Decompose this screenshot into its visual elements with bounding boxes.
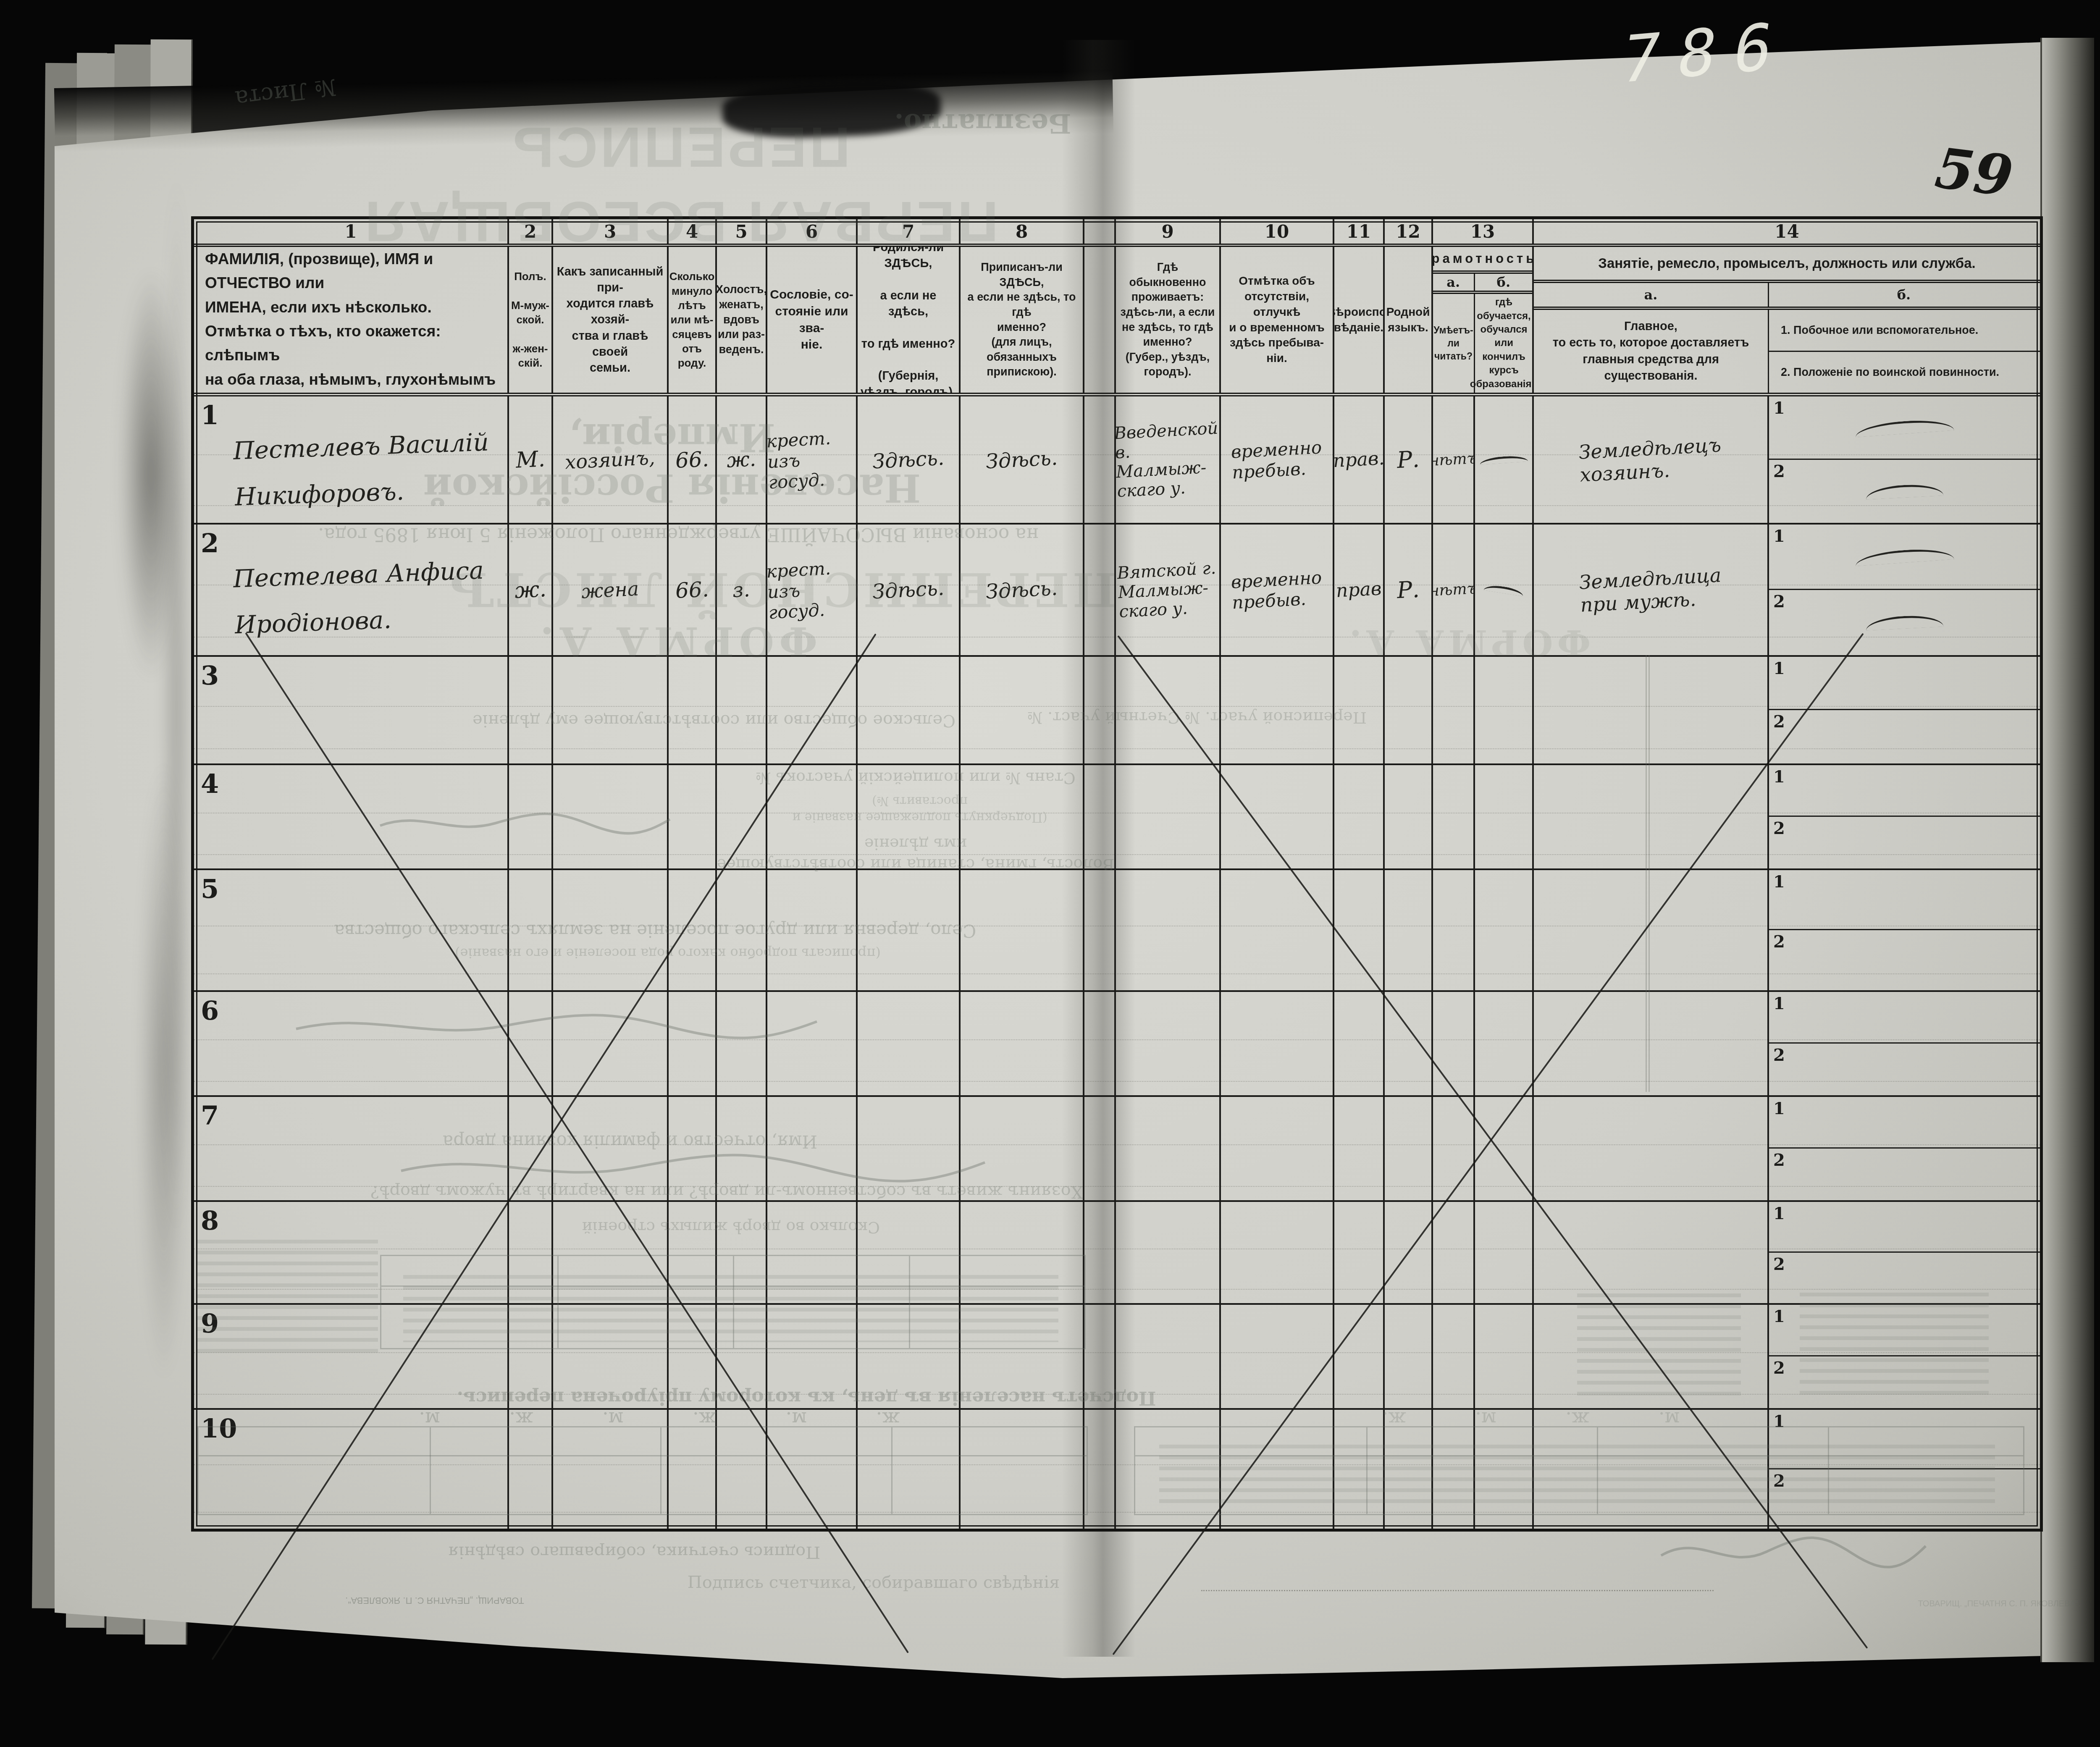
ghost-handwriting (294, 1011, 819, 1043)
subrow-1: 1 (1769, 992, 2040, 1044)
cell-c14a-row5 (1534, 870, 1769, 990)
cell-c14a-row2: Земледѣлица при мужѣ. (1534, 525, 1769, 655)
subrow-1: 1 (1769, 396, 2040, 460)
column-number: 1 (194, 219, 509, 244)
cell-c6-row6 (767, 992, 858, 1095)
cell-c9-row5 (1116, 870, 1221, 990)
cell-c13b-row5 (1475, 870, 1534, 990)
cell-c3-row10 (553, 1410, 669, 1529)
handwritten-value: нѣтъ (1433, 450, 1475, 470)
header-occupation-b: б. (1769, 283, 2039, 307)
cell-c14b-row5: 12 (1769, 870, 2040, 990)
column-number: 7 (858, 219, 961, 244)
cell-c8-row8 (961, 1202, 1084, 1303)
ghost-handwriting (399, 1151, 987, 1186)
cell-c14b-row6: 12 (1769, 992, 2040, 1095)
row-number: 10 (201, 1413, 237, 1444)
subrow-1: 1 (1769, 1410, 2040, 1469)
subrow-label: 1 (1773, 1411, 1785, 1431)
dash-stroke (1855, 547, 1954, 566)
subrow-label: 2 (1773, 1471, 1785, 1491)
cell-c6-row1: крест. изъ госуд. (767, 396, 858, 523)
dash-stroke (1865, 483, 1943, 500)
column-number: 13 (1433, 219, 1534, 244)
cell-c10-row7 (1221, 1097, 1334, 1200)
cell-c2-row10 (509, 1410, 553, 1529)
ghost-handwriting (1659, 1533, 1928, 1573)
subrow-1: 1 (1769, 1097, 2040, 1149)
cell-fold-row10 (1084, 1410, 1116, 1529)
subrow-2: 2 (1769, 1044, 2040, 1095)
subrow-label: 1 (1773, 526, 1785, 546)
cell-c4-row6 (669, 992, 717, 1095)
header-text-c7: Родился-ли ЗДѢСЬ, а если не здѣсь, то гд… (858, 247, 959, 393)
cell-c1-row5: 5 (194, 870, 509, 990)
column-number: 8 (961, 219, 1084, 244)
handwritten-value: 66. (675, 577, 709, 603)
cell-c3-row9 (553, 1305, 669, 1408)
row-number: 5 (201, 873, 219, 904)
column-number-row: 1234567891011121314 (194, 219, 2040, 247)
header-literacy-texts: Умѣетъ- ли читать?гдѣ обучается, обучалс… (1433, 294, 1532, 393)
cell-c11-row10 (1334, 1410, 1385, 1529)
cell-c9-row3 (1116, 657, 1221, 763)
name-handwriting: Пестелева Анфиса Иродіонова. (232, 547, 486, 648)
cell-c5-row5 (717, 870, 767, 990)
header-cell-c7: Родился-ли ЗДѢСЬ, а если не здѣсь, то гд… (858, 247, 961, 393)
cell-c14a-row1: Земледѣлецъ хозяинъ. (1534, 396, 1769, 523)
dash-stroke (1855, 418, 1954, 437)
cell-c14b-row1: 12 (1769, 396, 2040, 523)
header-occupation-a: а. (1534, 283, 1769, 307)
cell-c13a-row9 (1433, 1305, 1475, 1408)
cell-c11-row2: прав (1334, 525, 1385, 655)
cell-c13a-row6 (1433, 992, 1475, 1095)
handwritten-value: Р. (1396, 446, 1420, 474)
header-text-c2: Полъ. М-муж- ской. ж-жен- скій. (509, 247, 551, 393)
handwritten-value: Земледѣлецъ хозяинъ. (1578, 433, 1723, 486)
cell-c2-row3 (509, 657, 553, 763)
cell-fold-row1 (1084, 396, 1116, 523)
cell-c12-row7 (1385, 1097, 1433, 1200)
signature-dotted-line (1201, 1590, 1714, 1591)
cell-c1-row2: 2Пестелева Анфиса Иродіонова. (194, 525, 509, 655)
cell-c5-row10 (717, 1410, 767, 1529)
handwritten-value: Здѣсь. (872, 446, 945, 473)
handwritten-value: временно пребыв. (1230, 437, 1323, 483)
cell-c4-row10 (669, 1410, 717, 1529)
subrow-2: 2 (1769, 1253, 2040, 1304)
header-literacy-ab: а.б. (1433, 274, 1532, 294)
cell-c12-row2: Р. (1385, 525, 1433, 655)
header-occupation-a-text: Главное, то есть то, которое доставляетъ… (1534, 310, 1769, 393)
cell-c11-row7 (1334, 1097, 1385, 1200)
cell-c8-row4 (961, 765, 1084, 868)
cell-fold-row7 (1084, 1097, 1116, 1200)
column-number: 11 (1334, 219, 1385, 244)
cell-c10-row3 (1221, 657, 1334, 763)
row-number: 1 (201, 400, 219, 430)
subrow-label: 1 (1773, 994, 1785, 1013)
header-text-c12: Родной языкъ. (1385, 247, 1431, 393)
cell-c11-row4 (1334, 765, 1385, 868)
subrow-label: 1 (1773, 767, 1785, 787)
header-literacy-a: а. (1433, 274, 1475, 291)
cell-c1-row9: 9 (194, 1305, 509, 1408)
cell-c7-row3 (858, 657, 961, 763)
cell-c2-row6 (509, 992, 553, 1095)
header-cell-c3: Какъ записанный при- ходится главѣ хозяй… (553, 247, 669, 393)
cell-c7-row5 (858, 870, 961, 990)
subrow-1: 1 (1769, 1202, 2040, 1253)
subrow-2: 2 (1769, 1149, 2040, 1200)
header-text-c6: Сословіе, со- стояніе или зва- ніе. (767, 247, 856, 393)
cell-c13a-row1: нѣтъ (1433, 396, 1475, 523)
subrow-label: 2 (1773, 1045, 1785, 1065)
cell-c9-row10 (1116, 1410, 1221, 1529)
handwritten-value: временно пребыв. (1230, 567, 1323, 613)
handwritten-value: 66. (675, 446, 709, 472)
cell-c11-row5 (1334, 870, 1385, 990)
header-text-c11: Вѣроиспо- вѣданіе. (1334, 247, 1383, 393)
cell-c6-row9 (767, 1305, 858, 1408)
table-row: 612 (194, 992, 2040, 1097)
name-handwriting: Пестелевъ Василій Никифоровъ. (232, 419, 491, 520)
cell-c4-row4 (669, 765, 717, 868)
dash-stroke (1479, 455, 1528, 465)
subrow-2: 2 (1769, 710, 2040, 763)
cell-c11-row6 (1334, 992, 1385, 1095)
handwritten-value: жена (581, 577, 640, 603)
subrow-label: 2 (1773, 1150, 1785, 1170)
header-text-c5: Холостъ, женатъ, вдовъ или раз- веденъ. (717, 247, 766, 393)
handwritten-value: Здѣсь. (985, 446, 1058, 473)
handwritten-value: Здѣсь. (872, 576, 945, 603)
header-name-cell: ФАМИЛІЯ, (прозвище), ИМЯ и ОТЧЕСТВО или … (194, 247, 507, 393)
cell-c2-row2: ж. (509, 525, 553, 655)
cell-c5-row3 (717, 657, 767, 763)
header-literacy-a-text: Умѣетъ- ли читать? (1433, 294, 1475, 393)
cell-c14b-row2: 12 (1769, 525, 2040, 655)
cell-c7-row4 (858, 765, 961, 868)
column-number: 4 (669, 219, 717, 244)
column-number: 6 (767, 219, 858, 244)
header-name-main: ФАМИЛІЯ, (прозвище), ИМЯ и ОТЧЕСТВО или … (205, 247, 496, 319)
cell-c4-row2: 66. (669, 525, 717, 655)
cell-c2-row5 (509, 870, 553, 990)
subrow-label: 1 (1773, 872, 1785, 892)
cell-c10-row2: временно пребыв. (1221, 525, 1334, 655)
handwritten-value: ж. (514, 577, 547, 603)
subrow-label: 1 (1773, 398, 1785, 418)
cell-c8-row9 (961, 1305, 1084, 1408)
header-name-note: Отмѣтка о тѣхъ, кто окажется: слѣпымъ на… (205, 319, 496, 393)
cell-c2-row9 (509, 1305, 553, 1408)
handwritten-value: Земледѣлица при мужѣ. (1578, 564, 1723, 616)
cell-c10-row6 (1221, 992, 1334, 1095)
header-cell-c10: Отмѣтка объ отсутствіи, отлучкѣ и о врем… (1221, 247, 1334, 393)
handwritten-value: прав. (1334, 448, 1385, 472)
cell-c8-row2: Здѣсь. (961, 525, 1084, 655)
cell-c14a-row8 (1534, 1202, 1769, 1303)
header-text-c10: Отмѣтка объ отсутствіи, отлучкѣ и о врем… (1221, 247, 1333, 393)
cell-c13b-row2 (1475, 525, 1534, 655)
header-literacy-b: б. (1475, 274, 1532, 291)
cell-c5-row9 (717, 1305, 767, 1408)
cell-c6-row2: крест. изъ госуд. (767, 525, 858, 655)
subrow-2: 2 (1769, 930, 2040, 990)
cell-c13a-row3 (1433, 657, 1475, 763)
cell-c10-row9 (1221, 1305, 1334, 1408)
cell-c13b-row9 (1475, 1305, 1534, 1408)
cell-c13a-row4 (1433, 765, 1475, 868)
cell-fold-row9 (1084, 1305, 1116, 1408)
cell-c5-row4 (717, 765, 767, 868)
cell-c8-row3 (961, 657, 1084, 763)
right-page-edge (2040, 38, 2094, 1662)
cell-c12-row9 (1385, 1305, 1433, 1408)
cell-c14b-row3: 12 (1769, 657, 2040, 763)
handwritten-value: хозяинъ, (564, 446, 656, 473)
subrow-label: 1 (1773, 658, 1785, 678)
handwritten-value: крест. изъ госуд. (767, 427, 858, 493)
handwritten-value: Вятской г. Малмыж- скаго у. (1117, 558, 1218, 621)
cell-c5-row6 (717, 992, 767, 1095)
cell-c8-row10 (961, 1410, 1084, 1529)
table-row: 312 (194, 657, 2040, 765)
cell-c9-row8 (1116, 1202, 1221, 1303)
cell-c9-row6 (1116, 992, 1221, 1095)
table-row: 2Пестелева Анфиса Иродіонова.ж.жена66.з.… (194, 525, 2040, 657)
cell-c13b-row6 (1475, 992, 1534, 1095)
cell-c9-row2: Вятской г. Малмыж- скаго у. (1116, 525, 1221, 655)
header-literacy-b-text: гдѣ обучается, обучался или кончилъ курс… (1475, 294, 1533, 393)
column-header-row: ФАМИЛІЯ, (прозвище), ИМЯ и ОТЧЕСТВО или … (194, 247, 2040, 396)
column-number: 9 (1116, 219, 1221, 244)
header-cell-c11: Вѣроиспо- вѣданіе. (1334, 247, 1385, 393)
subrow-1: 1 (1769, 870, 2040, 930)
cell-c13b-row3 (1475, 657, 1534, 763)
cell-c1-row1: 1Пестелевъ Василій Никифоровъ. (194, 396, 509, 523)
cell-c4-row8 (669, 1202, 717, 1303)
cell-c5-row2: з. (717, 525, 767, 655)
subrow-2: 2 (1769, 460, 2040, 523)
row-number: 3 (201, 660, 219, 691)
cell-c11-row1: прав. (1334, 396, 1385, 523)
subrow-label: 2 (1773, 818, 1785, 838)
cell-c13a-row10 (1433, 1410, 1475, 1529)
subrow-label: 2 (1773, 712, 1785, 732)
cell-c13a-row2: нѣтъ (1433, 525, 1475, 655)
subrow-label: 2 (1773, 932, 1785, 952)
header-literacy-title: Грамотность. (1433, 247, 1532, 274)
cell-c9-row7 (1116, 1097, 1221, 1200)
header-cell-c6: Сословіе, со- стояніе или зва- ніе. (767, 247, 858, 393)
handwritten-value: прав (1336, 578, 1382, 602)
header-occupation-texts: Главное, то есть то, которое доставляетъ… (1534, 310, 2040, 393)
handwritten-value: Р. (1396, 576, 1420, 604)
cell-c14a-row3 (1534, 657, 1769, 763)
handwritten-value: крест. изъ госуд. (767, 557, 858, 623)
cell-c3-row5 (553, 870, 669, 990)
cell-c13b-row1 (1475, 396, 1534, 523)
cell-c5-row1: ж. (717, 396, 767, 523)
cell-c6-row10 (767, 1410, 858, 1529)
column-number (1084, 219, 1116, 244)
handwritten-value: ж. (726, 447, 757, 472)
handwritten-value: нѣтъ (1433, 580, 1475, 600)
header-cell-c2: Полъ. М-муж- ской. ж-жен- скій. (509, 247, 553, 393)
cell-c14b-row4: 12 (1769, 765, 2040, 868)
cell-c3-row2: жена (553, 525, 669, 655)
census-table: 1234567891011121314ФАМИЛІЯ, (прозвище), … (191, 216, 2043, 1532)
subrow-1: 1 (1769, 525, 2040, 590)
cell-c7-row9 (858, 1305, 961, 1408)
handwritten-value: з. (732, 577, 751, 602)
subrow-1: 1 (1769, 1305, 2040, 1356)
cell-c6-row3 (767, 657, 858, 763)
table-row: 812 (194, 1202, 2040, 1305)
cell-c10-row5 (1221, 870, 1334, 990)
cell-fold-row8 (1084, 1202, 1116, 1303)
dash-stroke (1865, 614, 1943, 631)
cell-c12-row4 (1385, 765, 1433, 868)
subrow-label: 2 (1773, 1358, 1785, 1378)
subrow-2: 2 (1769, 817, 2040, 868)
ghost-vertical-rule (1646, 655, 1650, 1092)
subrow-label: 1 (1773, 1204, 1785, 1223)
cell-c6-row8 (767, 1202, 858, 1303)
cell-c3-row3 (553, 657, 669, 763)
header-cell-c8: Приписанъ-ли ЗДѢСЬ, а если не здѣсь, то … (961, 247, 1084, 393)
header-occupation-group: Занятіе, ремесло, промыселъ, должность и… (1534, 247, 2040, 393)
cell-c10-row10 (1221, 1410, 1334, 1529)
cell-c1-row8: 8 (194, 1202, 509, 1303)
cell-c13a-row5 (1433, 870, 1475, 990)
cell-c14a-row4 (1534, 765, 1769, 868)
cell-c13a-row8 (1433, 1202, 1475, 1303)
column-number: 14 (1534, 219, 2040, 244)
cell-c7-row6 (858, 992, 961, 1095)
cell-fold-row5 (1084, 870, 1116, 990)
header-text-c4: Сколько минуло лѣтъ или мѣ- сяцевъ отъ р… (669, 247, 715, 393)
cell-c13b-row10 (1475, 1410, 1534, 1529)
cell-c1-row10: 10 (194, 1410, 509, 1529)
handwritten-value: М. (515, 446, 546, 473)
cell-c12-row10 (1385, 1410, 1433, 1529)
cell-c14a-row6 (1534, 992, 1769, 1095)
header-literacy-group: Грамотность.а.б.Умѣетъ- ли читать?гдѣ об… (1433, 247, 1534, 393)
subrow-label: 1 (1773, 1306, 1785, 1326)
subrow-1: 1 (1769, 765, 2040, 817)
column-number: 5 (717, 219, 767, 244)
cell-c7-row10 (858, 1410, 961, 1529)
dash-stroke (1483, 583, 1524, 596)
column-number: 2 (509, 219, 553, 244)
subrow-label: 2 (1773, 462, 1785, 481)
handwritten-value: Здѣсь. (985, 576, 1058, 603)
cell-c3-row8 (553, 1202, 669, 1303)
table-row: 1012 (194, 1410, 2040, 1529)
cell-c4-row3 (669, 657, 717, 763)
cell-c11-row3 (1334, 657, 1385, 763)
cell-c7-row8 (858, 1202, 961, 1303)
cell-fold-row4 (1084, 765, 1116, 868)
subrow-label: 2 (1773, 592, 1785, 611)
header-cell-fold (1084, 247, 1116, 393)
row-number: 7 (201, 1100, 219, 1131)
scanned-census-sheet-photo: 1234567891011121314ФАМИЛІЯ, (прозвище), … (0, 0, 2100, 1747)
header-cell-c12: Родной языкъ. (1385, 247, 1433, 393)
cell-c1-row3: 3 (194, 657, 509, 763)
cell-fold-row6 (1084, 992, 1116, 1095)
header-cell-c9: Гдѣ обыкновенно проживаетъ: здѣсь-ли, а … (1116, 247, 1221, 393)
cell-c2-row1: М. (509, 396, 553, 523)
row-number: 8 (201, 1205, 219, 1236)
cell-c10-row1: временно пребыв. (1221, 396, 1334, 523)
column-number: 3 (553, 219, 669, 244)
row-number: 9 (201, 1308, 219, 1339)
header-cell-c1: ФАМИЛІЯ, (прозвище), ИМЯ и ОТЧЕСТВО или … (194, 247, 509, 393)
cell-c9-row4 (1116, 765, 1221, 868)
subrow-2: 2 (1769, 590, 2040, 656)
header-text-c9: Гдѣ обыкновенно проживаетъ: здѣсь-ли, а … (1116, 247, 1219, 393)
header-cell-c5: Холостъ, женатъ, вдовъ или раз- веденъ. (717, 247, 767, 393)
table-row: 512 (194, 870, 2040, 992)
cell-c14b-row8: 12 (1769, 1202, 2040, 1303)
cell-c2-row8 (509, 1202, 553, 1303)
header-text-c8: Приписанъ-ли ЗДѢСЬ, а если не здѣсь, то … (961, 247, 1083, 393)
cell-c9-row1: Введенской в. Малмыж- скаго у. (1116, 396, 1221, 523)
column-number: 10 (1221, 219, 1334, 244)
row-number: 4 (201, 769, 219, 799)
cell-c13b-row4 (1475, 765, 1534, 868)
column-number: 12 (1385, 219, 1433, 244)
subrow-label: 1 (1773, 1099, 1785, 1118)
row-number: 2 (201, 528, 219, 559)
header-occupation-b2: 2. Положеніе по воинской повинности. (1769, 352, 2040, 393)
header-occupation-title: Занятіе, ремесло, промыселъ, должность и… (1534, 247, 2040, 283)
table-row: 912 (194, 1305, 2040, 1410)
paper-smudge (164, 160, 189, 1251)
cell-c14b-row9: 12 (1769, 1305, 2040, 1408)
header-occupation-ab: а.б. (1534, 283, 2040, 310)
cell-c6-row5 (767, 870, 858, 990)
cell-c13a-row7 (1433, 1097, 1475, 1200)
subrow-2: 2 (1769, 1469, 2040, 1529)
header-text-c3: Какъ записанный при- ходится главѣ хозяй… (553, 247, 667, 393)
cell-c14b-row10: 12 (1769, 1410, 2040, 1529)
cell-c11-row8 (1334, 1202, 1385, 1303)
cell-c7-row1: Здѣсь. (858, 396, 961, 523)
cell-c13b-row8 (1475, 1202, 1534, 1303)
cell-c12-row1: Р. (1385, 396, 1433, 523)
cell-c8-row1: Здѣсь. (961, 396, 1084, 523)
row-number: 6 (201, 995, 219, 1026)
cell-c9-row9 (1116, 1305, 1221, 1408)
subrow-label: 2 (1773, 1254, 1785, 1274)
cell-c14a-row7 (1534, 1097, 1769, 1200)
cell-fold-row3 (1084, 657, 1116, 763)
table-row: 1Пестелевъ Василій Никифоровъ.М.хозяинъ,… (194, 396, 2040, 525)
table-body: 1Пестелевъ Василій Никифоровъ.М.хозяинъ,… (194, 396, 2040, 1529)
cell-c14b-row7: 12 (1769, 1097, 2040, 1200)
cell-c8-row5 (961, 870, 1084, 990)
handwritten-value: Введенской в. Малмыж- скаго у. (1116, 418, 1221, 501)
header-occupation-b-texts: 1. Побочное или вспомогательное.2. Полож… (1769, 310, 2040, 393)
cell-c12-row3 (1385, 657, 1433, 763)
cell-c4-row1: 66. (669, 396, 717, 523)
